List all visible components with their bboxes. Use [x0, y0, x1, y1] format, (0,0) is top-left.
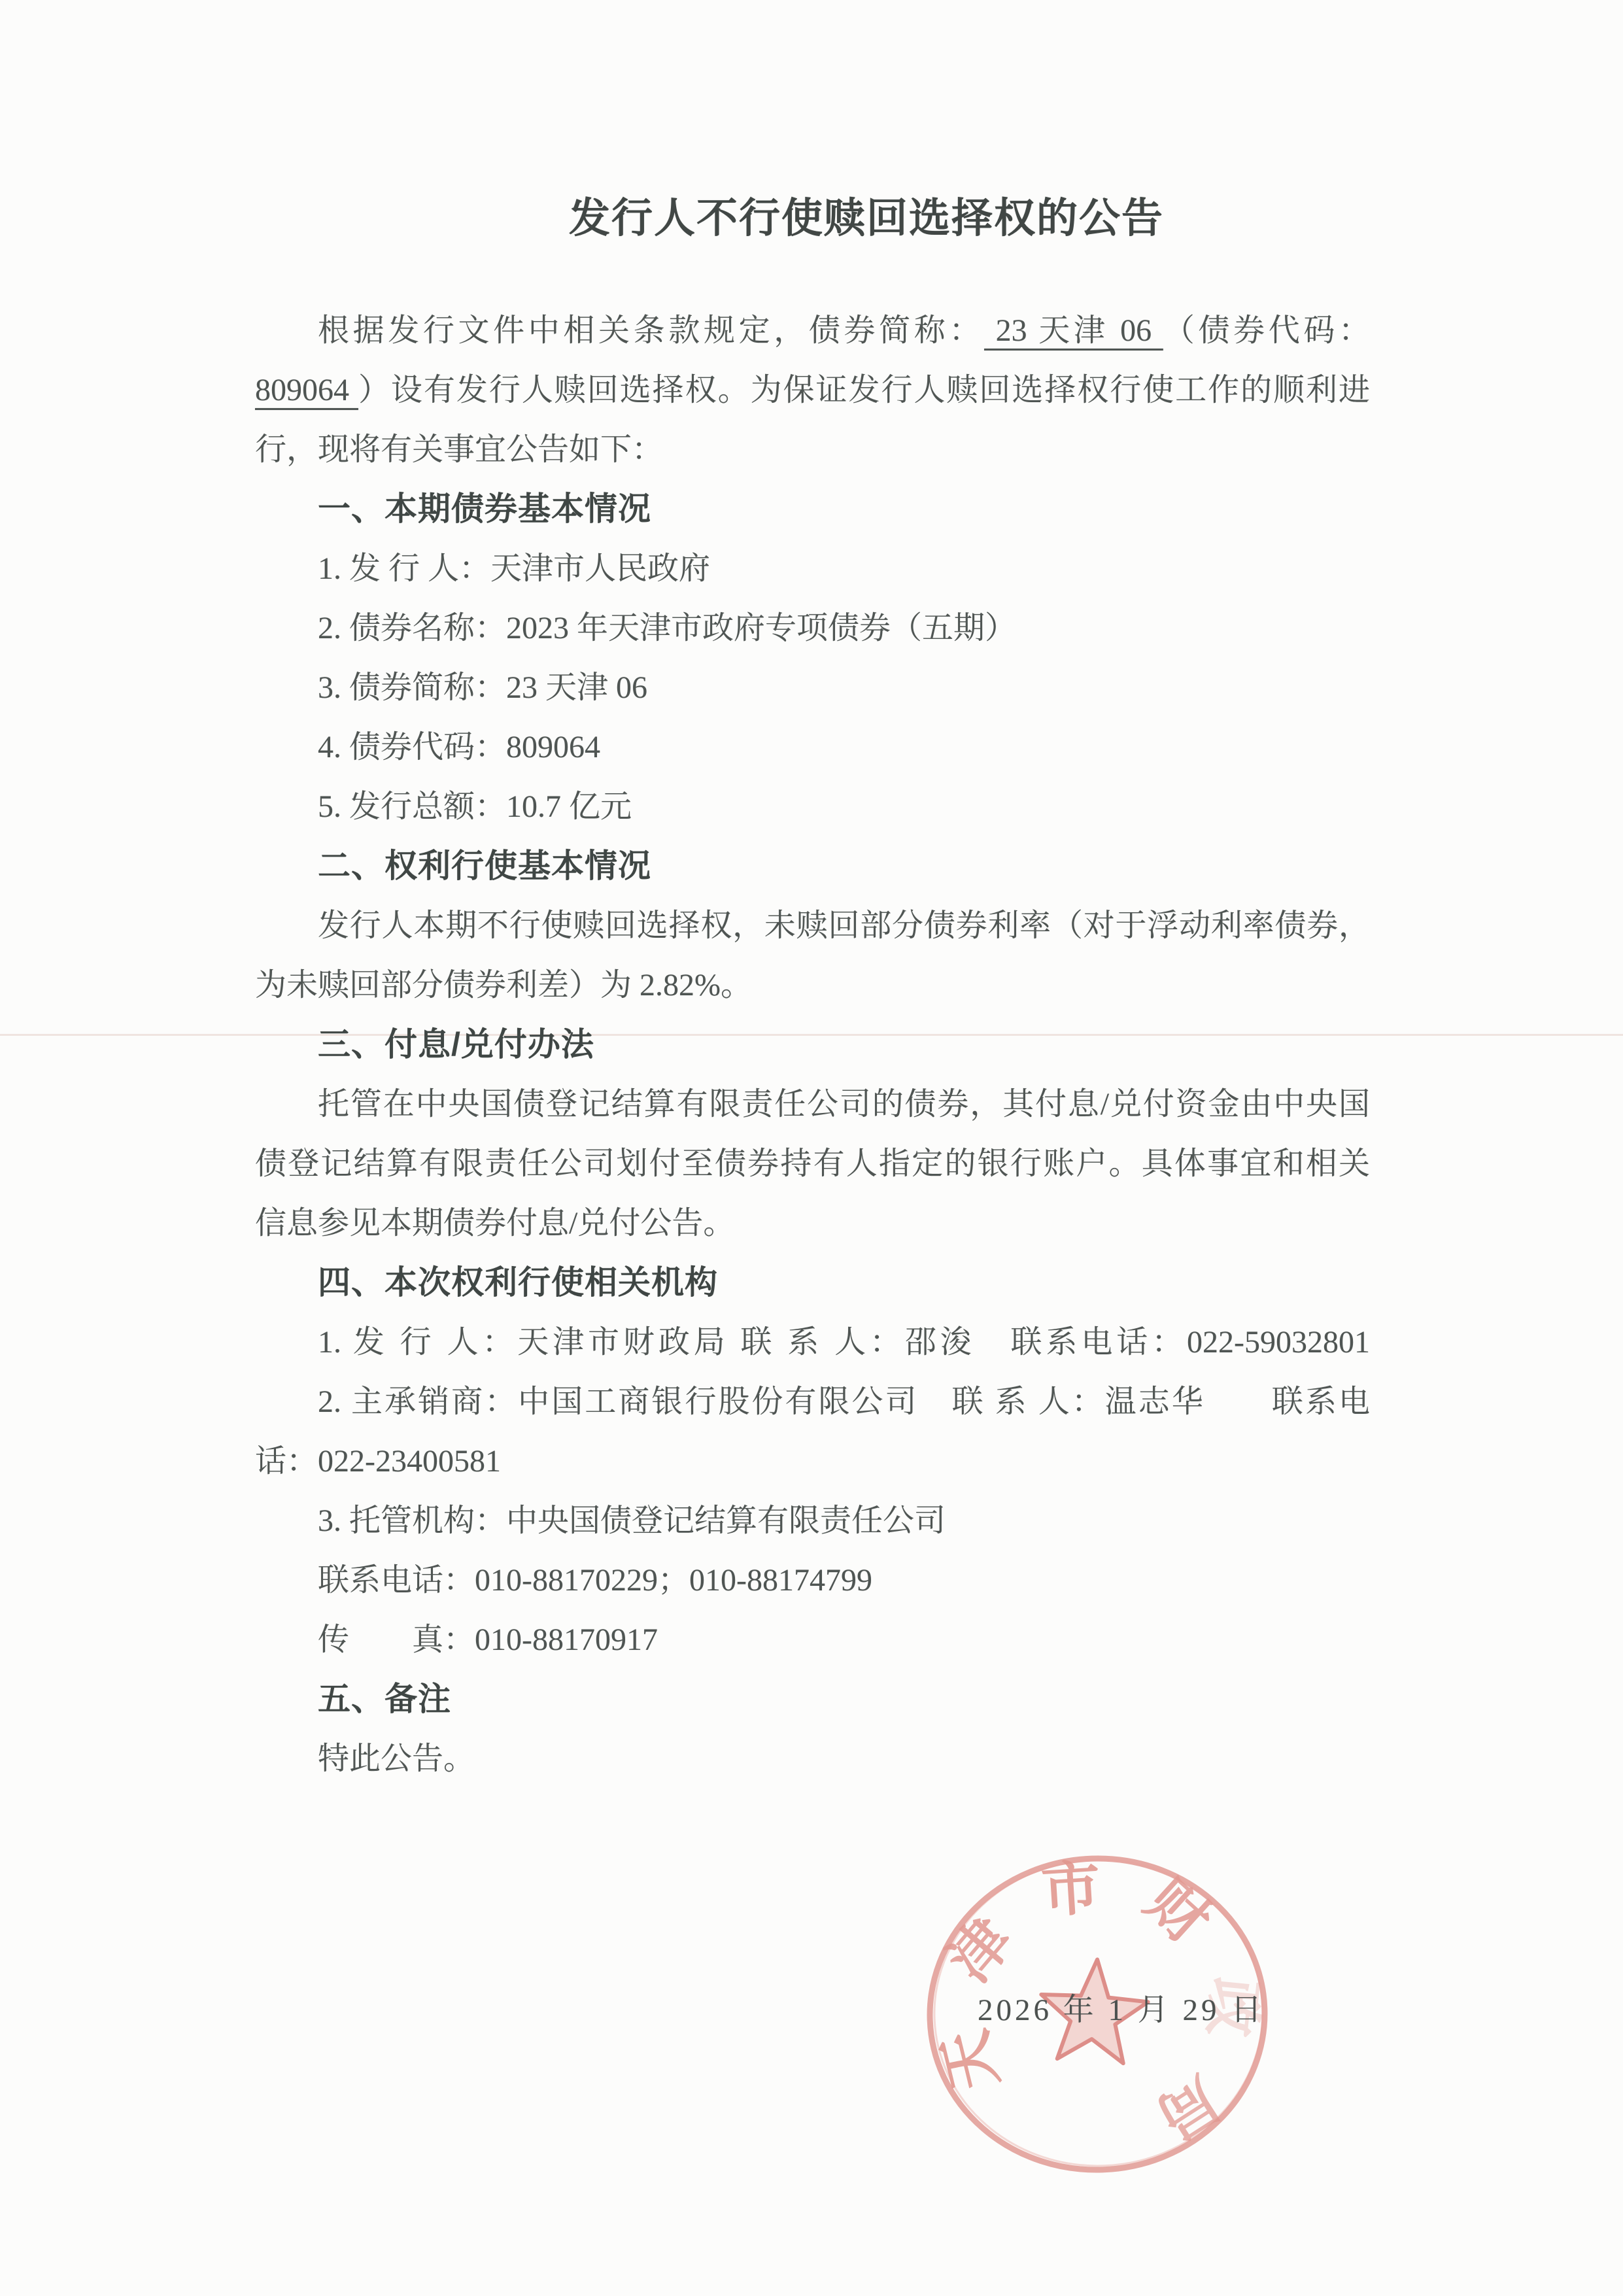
- announcement-date: 2026 年 1 月 29 日: [978, 1991, 1252, 2029]
- text-segment: 2. 主承销商：中国工商银行股份有限公司 联 系 人：温志华 联系电: [318, 1384, 1370, 1419]
- item-bond-short-name: 3. 债券简称：23 天津 06: [255, 658, 1370, 717]
- text-segment: 特此公告。: [318, 1741, 475, 1776]
- text-segment: 为未赎回部分债券利差）为 2.82%。: [255, 968, 752, 1002]
- item-issuer-contact: 1. 发 行 人：天津市财政局 联 系 人：邵浚 联系电话：022-590328…: [255, 1312, 1370, 1372]
- text-segment: 4. 债券代码：809064: [318, 730, 600, 764]
- page-title: 发行人不行使赎回选择权的公告: [55, 188, 1623, 248]
- heading-3: 三、付息/兑付办法: [255, 1015, 1370, 1074]
- text-segment: 传 真：010-88170917: [318, 1622, 658, 1657]
- underlined-value: 809064: [255, 373, 358, 407]
- para3-line3: 信息参见本期债券付息/兑付公告。: [255, 1193, 1370, 1253]
- text-segment: 3. 托管机构：中央国债登记结算有限责任公司: [318, 1503, 946, 1538]
- item-custodian: 3. 托管机构：中央国债登记结算有限责任公司: [255, 1491, 1370, 1551]
- text-segment: 三、付息/兑付办法: [318, 1026, 594, 1063]
- para2-line1: 发行人本期不行使赎回选择权，未赎回部分债券利率（对于浮动利率债券，: [255, 896, 1370, 955]
- item-underwriter-line2: 话：022-23400581: [255, 1431, 1370, 1491]
- closing: 特此公告。: [255, 1729, 1370, 1789]
- item-bond-name: 2. 债券名称：2023 年天津市政府专项债券（五期）: [255, 598, 1370, 658]
- custodian-fax: 传 真：010-88170917: [255, 1610, 1370, 1670]
- heading-1: 一、本期债券基本情况: [255, 479, 1370, 539]
- text-segment: 发行人本期不行使赎回选择权，未赎回部分债券利率（对于浮动利率债券，: [318, 908, 1370, 943]
- item-underwriter-line1: 2. 主承销商：中国工商银行股份有限公司 联 系 人：温志华 联系电: [255, 1372, 1370, 1431]
- para1-line2: 809064 ）设有发行人赎回选择权。为保证发行人赎回选择权行使工作的顺利进: [255, 360, 1370, 420]
- para3-line1: 托管在中央国债登记结算有限责任公司的债券，其付息/兑付资金由中央国: [255, 1074, 1370, 1134]
- text-segment: 一、本期债券基本情况: [318, 490, 651, 527]
- text-segment: 2. 债券名称：2023 年天津市政府专项债券（五期）: [318, 611, 1016, 645]
- text-segment: 债登记结算有限责任公司划付至债券持有人指定的银行账户。具体事宜和相关: [255, 1146, 1370, 1181]
- text-segment: 联系电话：010-88170229；010-88174799: [318, 1563, 872, 1598]
- text-segment: 四、本次权利行使相关机构: [318, 1264, 718, 1301]
- text-segment: ）设有发行人赎回选择权。为保证发行人赎回选择权行使工作的顺利进: [358, 373, 1370, 407]
- item-issue-amount: 5. 发行总额：10.7 亿元: [255, 777, 1370, 836]
- text-segment: 托管在中央国债登记结算有限责任公司的债券，其付息/兑付资金由中央国: [318, 1087, 1370, 1122]
- para1-line1: 根据发行文件中相关条款规定，债券简称： 23 天津 06 （债券代码：: [255, 301, 1370, 360]
- text-segment: 1. 发 行 人：天津市财政局 联 系 人：邵浚 联系电话：022-590328…: [318, 1325, 1370, 1360]
- item-issuer: 1. 发 行 人：天津市人民政府: [255, 539, 1370, 598]
- para2-line2: 为未赎回部分债券利差）为 2.82%。: [255, 955, 1370, 1015]
- para1-line3: 行，现将有关事宜公告如下：: [255, 420, 1370, 479]
- text-segment: （债券代码：: [1163, 313, 1370, 348]
- custodian-phone: 联系电话：010-88170229；010-88174799: [255, 1551, 1370, 1610]
- announcement-page: 发行人不行使赎回选择权的公告 根据发行文件中相关条款规定，债券简称： 23 天津…: [0, 0, 1623, 2296]
- text-segment: 二、权利行使基本情况: [318, 848, 651, 884]
- text-segment: 1. 发 行 人：天津市人民政府: [318, 551, 710, 586]
- heading-4: 四、本次权利行使相关机构: [255, 1253, 1370, 1312]
- document-body: 根据发行文件中相关条款规定，债券简称： 23 天津 06 （债券代码：80906…: [255, 301, 1370, 1789]
- heading-5: 五、备注: [255, 1670, 1370, 1729]
- text-segment: 信息参见本期债券付息/兑付公告。: [255, 1206, 734, 1241]
- text-segment: 五、备注: [318, 1681, 451, 1717]
- item-bond-code: 4. 债券代码：809064: [255, 717, 1370, 777]
- heading-2: 二、权利行使基本情况: [255, 836, 1370, 896]
- text-segment: 3. 债券简称：23 天津 06: [318, 670, 647, 705]
- text-segment: 行，现将有关事宜公告如下：: [255, 432, 663, 467]
- text-segment: 5. 发行总额：10.7 亿元: [318, 789, 632, 824]
- text-segment: 话：022-23400581: [255, 1444, 501, 1479]
- underlined-value: 23 天津 06: [984, 313, 1163, 348]
- para3-line2: 债登记结算有限责任公司划付至债券持有人指定的银行账户。具体事宜和相关: [255, 1134, 1370, 1193]
- text-segment: 根据发行文件中相关条款规定，债券简称：: [318, 313, 984, 348]
